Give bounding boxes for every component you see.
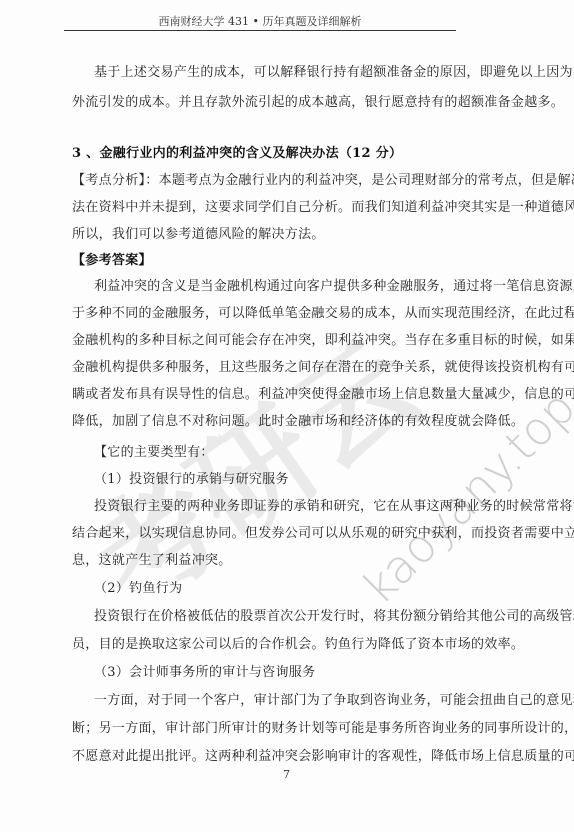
intro-line: 基于上述交易产生的成本，可以解释银行持有超额准备金的原因，即避免以上因为存款 [94, 64, 534, 82]
types-intro: 【它的主要类型有： [94, 444, 534, 462]
type-body-line: 结合起来，以实现信息协同。但发券公司可以从乐观的研究中获利，而投资者需要中立的信 [72, 525, 512, 543]
analysis-line: 所以，我们可以参考道德风险的解决方法。 [72, 226, 512, 244]
type-heading: （1）投资银行的承销与研究服务 [94, 471, 534, 489]
type-body-line: 一方面，对于同一个客户，审计部门为了争取到咨询业务，可能会扭曲自己的意见和判 [94, 692, 534, 710]
answer-label: 【参考答案】 [72, 252, 512, 270]
type-body-line: 投资银行主要的两种业务即证券的承销和研究，它在从事这两种业务的时候常常将它们 [94, 498, 534, 516]
answer-paragraph-line: 于多种不同的金融服务，可以降低单笔金融交易的成本，从而实现范围经济，在此过程中， [72, 305, 512, 323]
question-title: 3 、金融行业内的利益冲突的含义及解决办法（12 分） [72, 145, 512, 163]
type-body-line: 息，这就产生了利益冲突。 [72, 552, 512, 570]
answer-paragraph-line: 降低，加剧了信息不对称问题。此时金融市场和经济体的有效程度就会降低。 [72, 413, 512, 431]
answer-paragraph-line: 金融机构提供多种服务，且这些服务之间存在潜在的竞争关系，就使得该投资机构有可能隐 [72, 359, 512, 377]
type-heading: （3）会计师事务所的审计与咨询服务 [94, 664, 534, 682]
running-header: 西南财经大学 431 • 历年真题及详细解析 [64, 14, 456, 30]
type-body-line: 员，目的是换取这家公司以后的合作机会。钓鱼行为降低了资本市场的效率。 [72, 636, 512, 654]
type-body-line: 不愿意对此提出批评。这两种利益冲突会影响审计的客观性，降低市场上信息质量的可靠性… [72, 748, 512, 766]
intro-line: 外流引发的成本。并且存款外流引起的成本越高，银行愿意持有的超额准备金越多。 [72, 94, 512, 112]
answer-paragraph-line: 金融机构的多种目标之间可能会存在冲突，即利益冲突。当存在多重目标的时候，如果一家 [72, 332, 512, 350]
document-page: 考研云 kaoyany.top 西南财经大学 431 • 历年真题及详细解析 基… [0, 0, 574, 832]
type-body-line: 投资银行在价格被低估的股票首次公开发行时，将其份额分销给其他公司的高级管理人 [94, 608, 534, 626]
type-body-line: 断；另一方面，审计部门所审计的财务计划等可能是事务所咨询业务的同事所设计的，因而 [72, 720, 512, 738]
page-number: 7 [283, 768, 290, 781]
type-heading: （2）钓鱼行为 [94, 580, 534, 598]
header-divider [64, 30, 456, 31]
analysis-line: 法在资料中并未提到，这要求同学们自己分析。而我们知道利益冲突其实是一种道德风险， [72, 199, 512, 217]
analysis-line: 【考点分析】：本题考点为金融行业内的利益冲突，是公司理财部分的常考点，但是解决办 [72, 172, 512, 190]
answer-paragraph-line: 瞒或者发布具有误导性的信息。利益冲突使得金融市场上信息数量大量减少，信息的可靠度 [72, 386, 512, 404]
answer-paragraph-line: 利益冲突的含义是当金融机构通过向客户提供多种金融服务，通过将一笔信息资源应用 [94, 278, 534, 296]
